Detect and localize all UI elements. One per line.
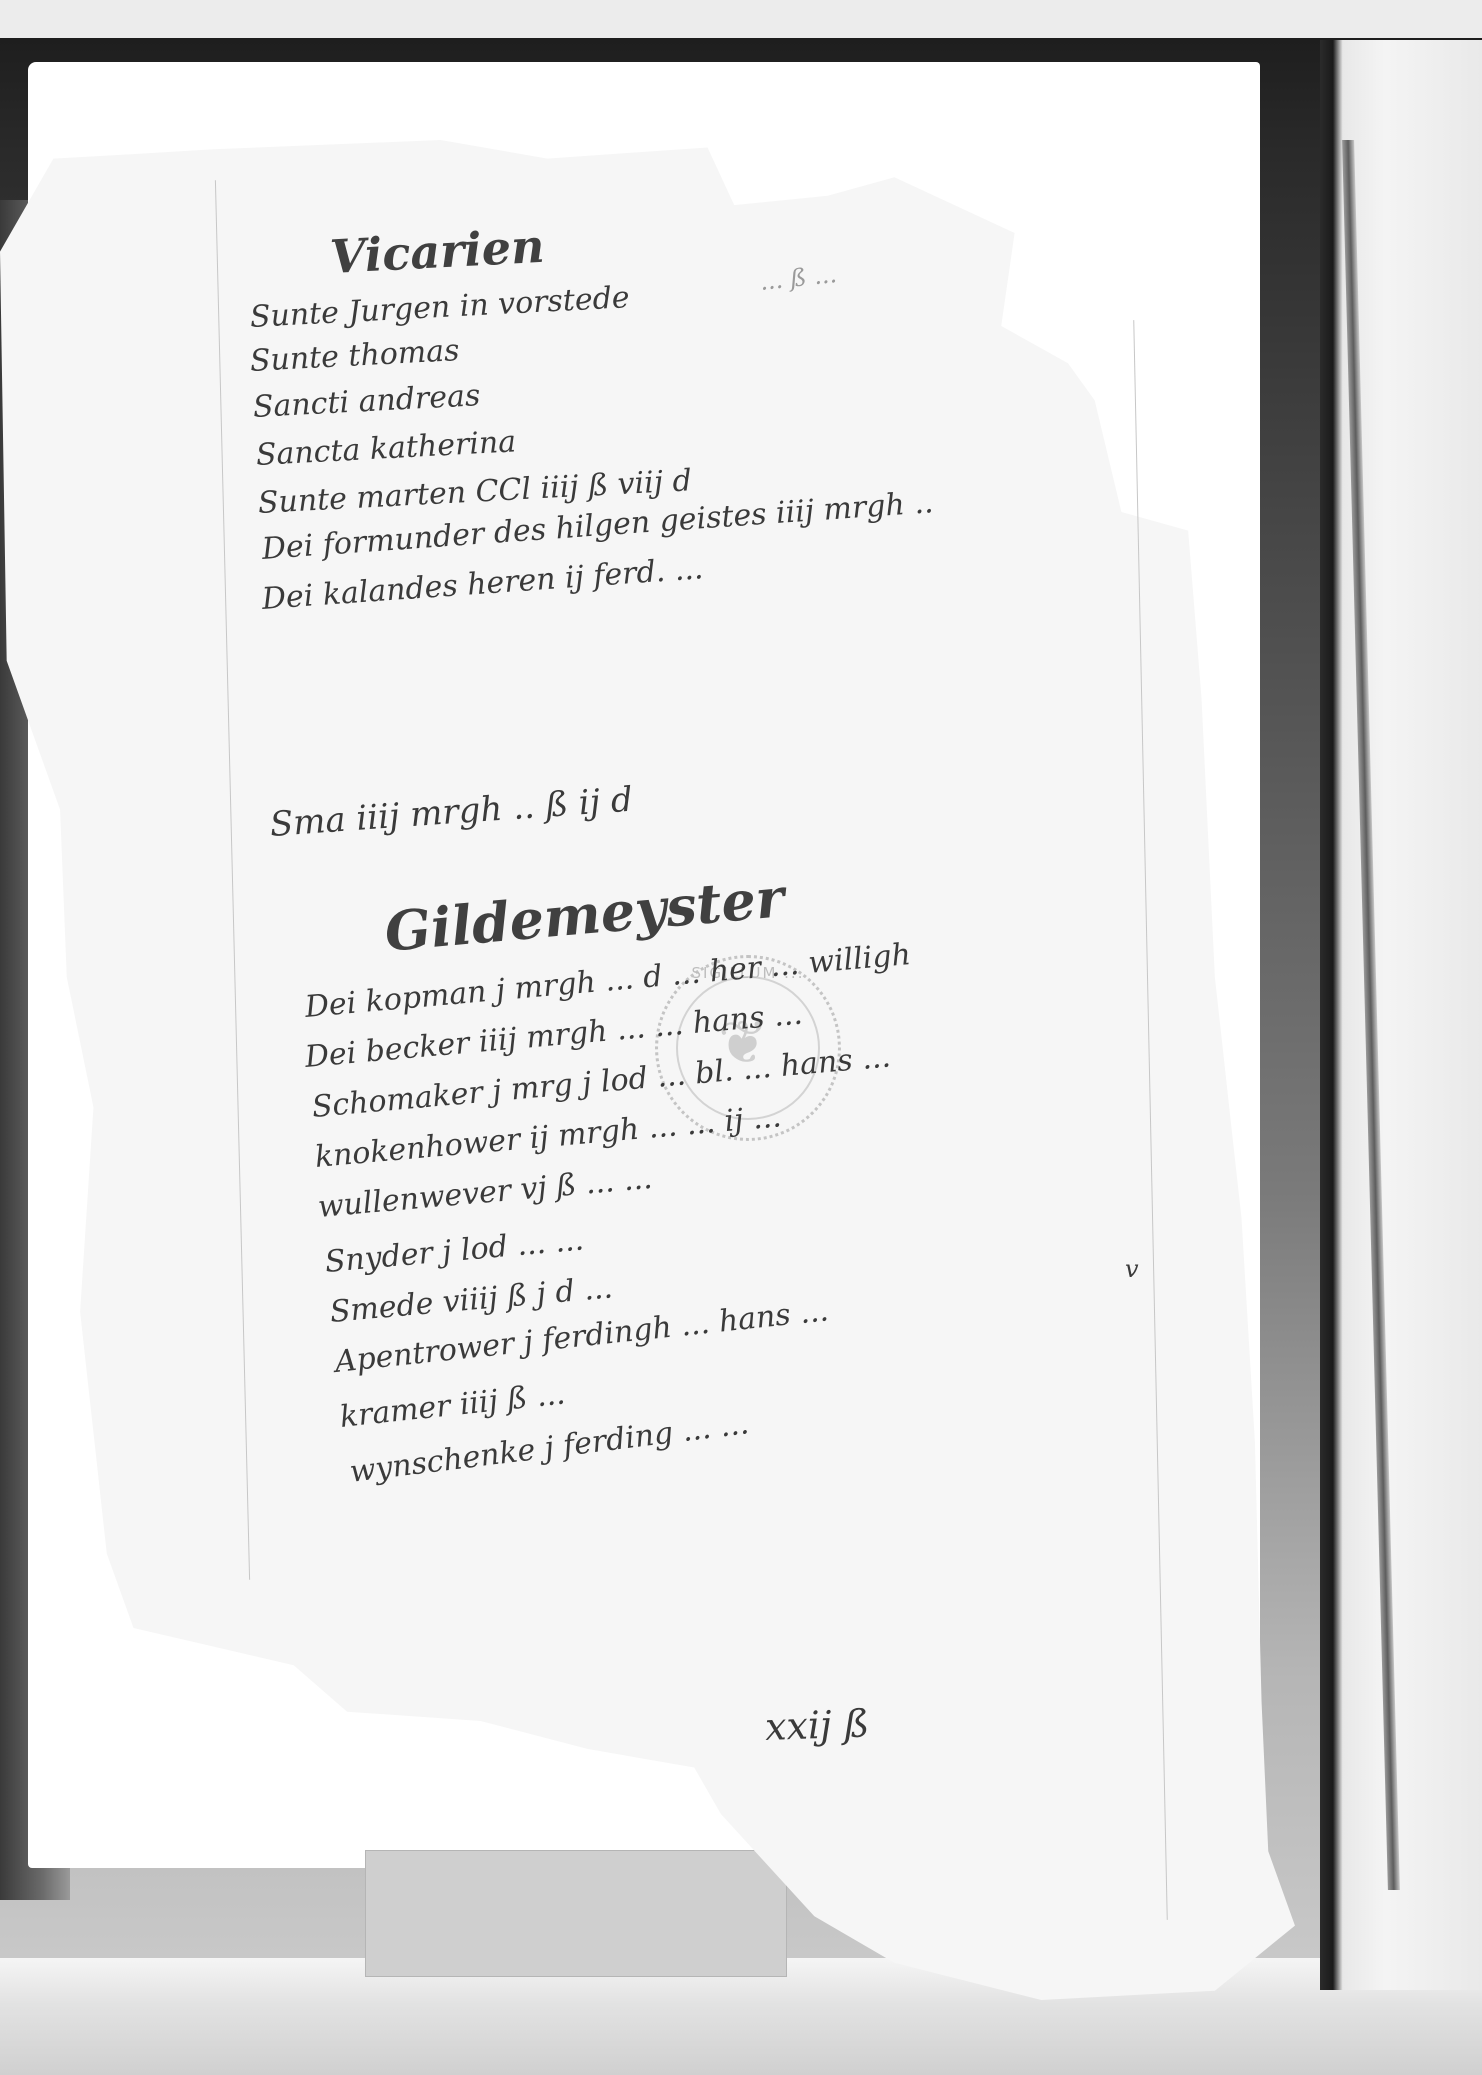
total-line: xxij ß — [764, 1701, 870, 1749]
section-heading-vicarien: Vicarien — [329, 219, 546, 284]
scanner-top-strip — [0, 0, 1482, 40]
cardboard-support — [365, 1850, 787, 1977]
margin-check-mark: v — [1125, 1255, 1139, 1283]
book-page-edge — [1320, 40, 1482, 1990]
